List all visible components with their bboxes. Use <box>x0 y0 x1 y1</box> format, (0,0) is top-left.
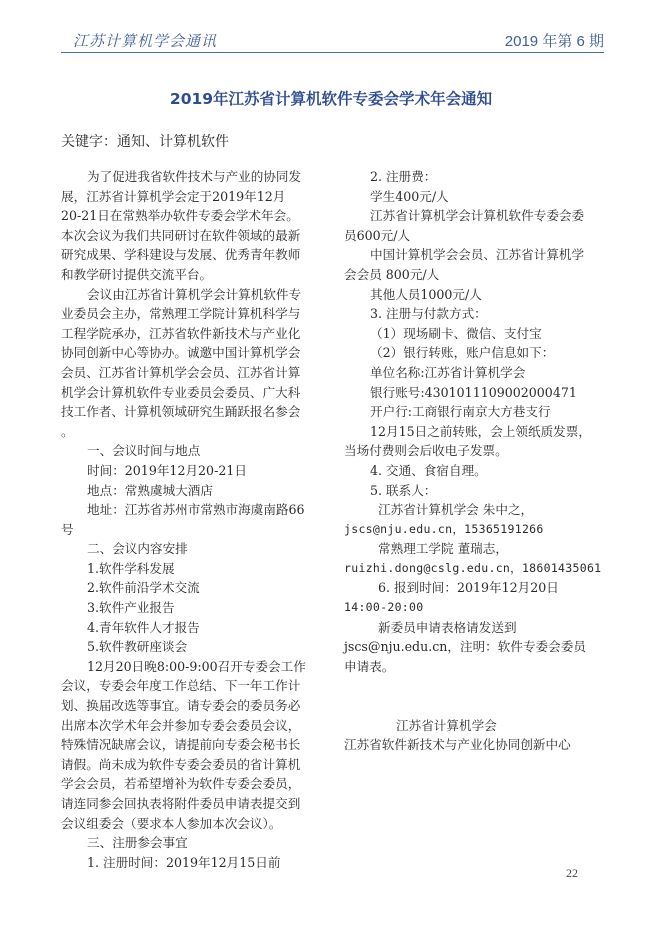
text-line: 请连同参会回执表将附件委员申请表提交到 <box>61 794 333 814</box>
text-line: 划、换届改选等事宜。请专委会的委员务必 <box>61 696 333 716</box>
text-line: 开户行:工商银行南京大方巷支行 <box>344 402 610 422</box>
text-line: 会会员 800元/人 <box>344 265 610 285</box>
text-line: 当场付费则会后收电子发票。 <box>344 441 610 461</box>
text-line: 5.软件教研座谈会 <box>61 637 333 657</box>
text-line: 学会会员，若希望增补为软件专委会委员， <box>61 774 333 794</box>
text-line: jscs@nju.edu.cn，注明：软件专委会委员 <box>344 637 610 657</box>
text-line: 4.青年软件人才报告 <box>61 618 333 638</box>
text-line: 江苏省计算机学会计算机软件专委会委 <box>344 206 610 226</box>
text-line: 为了促进我省软件技术与产业的协同发 <box>61 167 333 187</box>
text-line: 1. 注册时间：2019年12月15日前 <box>61 853 333 873</box>
text-line: 和教学研讨提供交流平台。 <box>61 265 333 285</box>
text-line: 3.软件产业报告 <box>61 598 333 618</box>
text-line: 中国计算机学会会员、江苏省计算机学 <box>344 245 610 265</box>
text-line: 地址：江苏省苏州市常熟市海虞南路66 <box>61 500 333 520</box>
text-line: 研究成果、学科建设与发展、优秀青年教师 <box>61 245 333 265</box>
text-line: 2. 注册费： <box>344 167 610 187</box>
text-line: 会员、江苏省计算机学会会员、江苏省计算 <box>61 363 333 383</box>
text-line: 。 <box>61 422 333 442</box>
text-line: 地点：常熟虞城大酒店 <box>61 481 333 501</box>
text-line: 其他人员1000元/人 <box>344 285 610 305</box>
article-title: 2019年江苏省计算机软件专委会学术年会通知 <box>0 87 662 109</box>
text-line: 本次会议为我们共同研讨在软件领域的最新 <box>61 226 333 246</box>
text-line: 4. 交通、食宿自理。 <box>344 461 610 481</box>
text-line: ruizhi.dong@cslg.edu.cn，18601435061 <box>344 559 610 579</box>
issue-label: 2019 年第 6 期 <box>505 30 604 51</box>
text-line: （1）现场刷卡、微信、支付宝 <box>344 324 610 344</box>
text-line: 会议由江苏省计算机学会计算机软件专 <box>61 285 333 305</box>
text-line: 机学会计算机软件专业委员会委员、广大科 <box>61 383 333 403</box>
left-column: 为了促进我省软件技术与产业的协同发展，江苏省计算机学会定于2019年12月20-… <box>61 167 333 872</box>
running-header: 江苏计算机学会通讯 2019 年第 6 期 <box>61 28 604 52</box>
blank-line <box>344 676 610 696</box>
text-line: 银行账号:4301011109002000471 <box>344 383 610 403</box>
text-line: 展，江苏省计算机学会定于2019年12月 <box>61 187 333 207</box>
text-line: 会议，专委会年度工作总结、下一年工作计 <box>61 676 333 696</box>
text-line: 号 <box>61 520 333 540</box>
text-line: 协同创新中心等协办。诚邀中国计算机学会 <box>61 343 333 363</box>
text-line: 新委员申请表格请发送到 <box>344 618 610 638</box>
text-line: 时间：2019年12月20-21日 <box>61 461 333 481</box>
text-line: 业委员会主办，常熟理工学院计算机科学与 <box>61 304 333 324</box>
text-line: 江苏省计算机学会 <box>344 716 610 736</box>
text-line: 2.软件前沿学术交流 <box>61 578 333 598</box>
right-column: 2. 注册费：学生400元/人江苏省计算机学会计算机软件专委会委员600元/人中… <box>344 167 610 755</box>
text-line: 1.软件学科发展 <box>61 559 333 579</box>
text-line: 技工作者、计算机领域研究生踊跃报名参会 <box>61 402 333 422</box>
text-line: 5. 联系人： <box>344 481 610 501</box>
text-line: 学生400元/人 <box>344 187 610 207</box>
text-line: 江苏省计算机学会 朱中之， <box>344 500 610 520</box>
header-divider <box>61 52 604 53</box>
text-line: 特殊情况缺席会议，请提前向专委会秘书长 <box>61 735 333 755</box>
text-line: 江苏省软件新技术与产业化协同创新中心 <box>344 735 610 755</box>
text-line: 请假。尚未成为软件专委会委员的省计算机 <box>61 755 333 775</box>
text-line: jscs@nju.edu.cn，15365191266 <box>344 520 610 540</box>
text-line: （2）银行转账，账户信息如下： <box>344 343 610 363</box>
text-line: 3. 注册与付款方式： <box>344 304 610 324</box>
text-line: 20-21日在常熟举办软件专委会学术年会。 <box>61 206 333 226</box>
text-line: 员600元/人 <box>344 226 610 246</box>
page-number: 22 <box>566 866 578 881</box>
text-line: 14:00-20:00 <box>344 598 610 618</box>
text-line: 一、会议时间与地点 <box>61 441 333 461</box>
text-line: 会议组委会（要求本人参加本次会议）。 <box>61 814 333 834</box>
text-line: 二、会议内容安排 <box>61 539 333 559</box>
text-line: 出席本次学术年会并参加专委会委员会议， <box>61 716 333 736</box>
text-line: 12月20日晚8:00-9:00召开专委会工作 <box>61 657 333 677</box>
text-line: 常熟理工学院 董瑞志， <box>344 539 610 559</box>
text-line: 12月15日之前转账，会上领纸质发票， <box>344 422 610 442</box>
text-line: 申请表。 <box>344 657 610 677</box>
text-line: 工程学院承办，江苏省软件新技术与产业化 <box>61 324 333 344</box>
text-line: 6. 报到时间：2019年12月20日 <box>344 578 610 598</box>
journal-name: 江苏计算机学会通讯 <box>73 30 217 51</box>
blank-line <box>344 696 610 716</box>
text-line: 三、注册参会事宜 <box>61 833 333 853</box>
text-line: 单位名称:江苏省计算机学会 <box>344 363 610 383</box>
keywords: 关键字：通知、计算机软件 <box>61 131 229 151</box>
